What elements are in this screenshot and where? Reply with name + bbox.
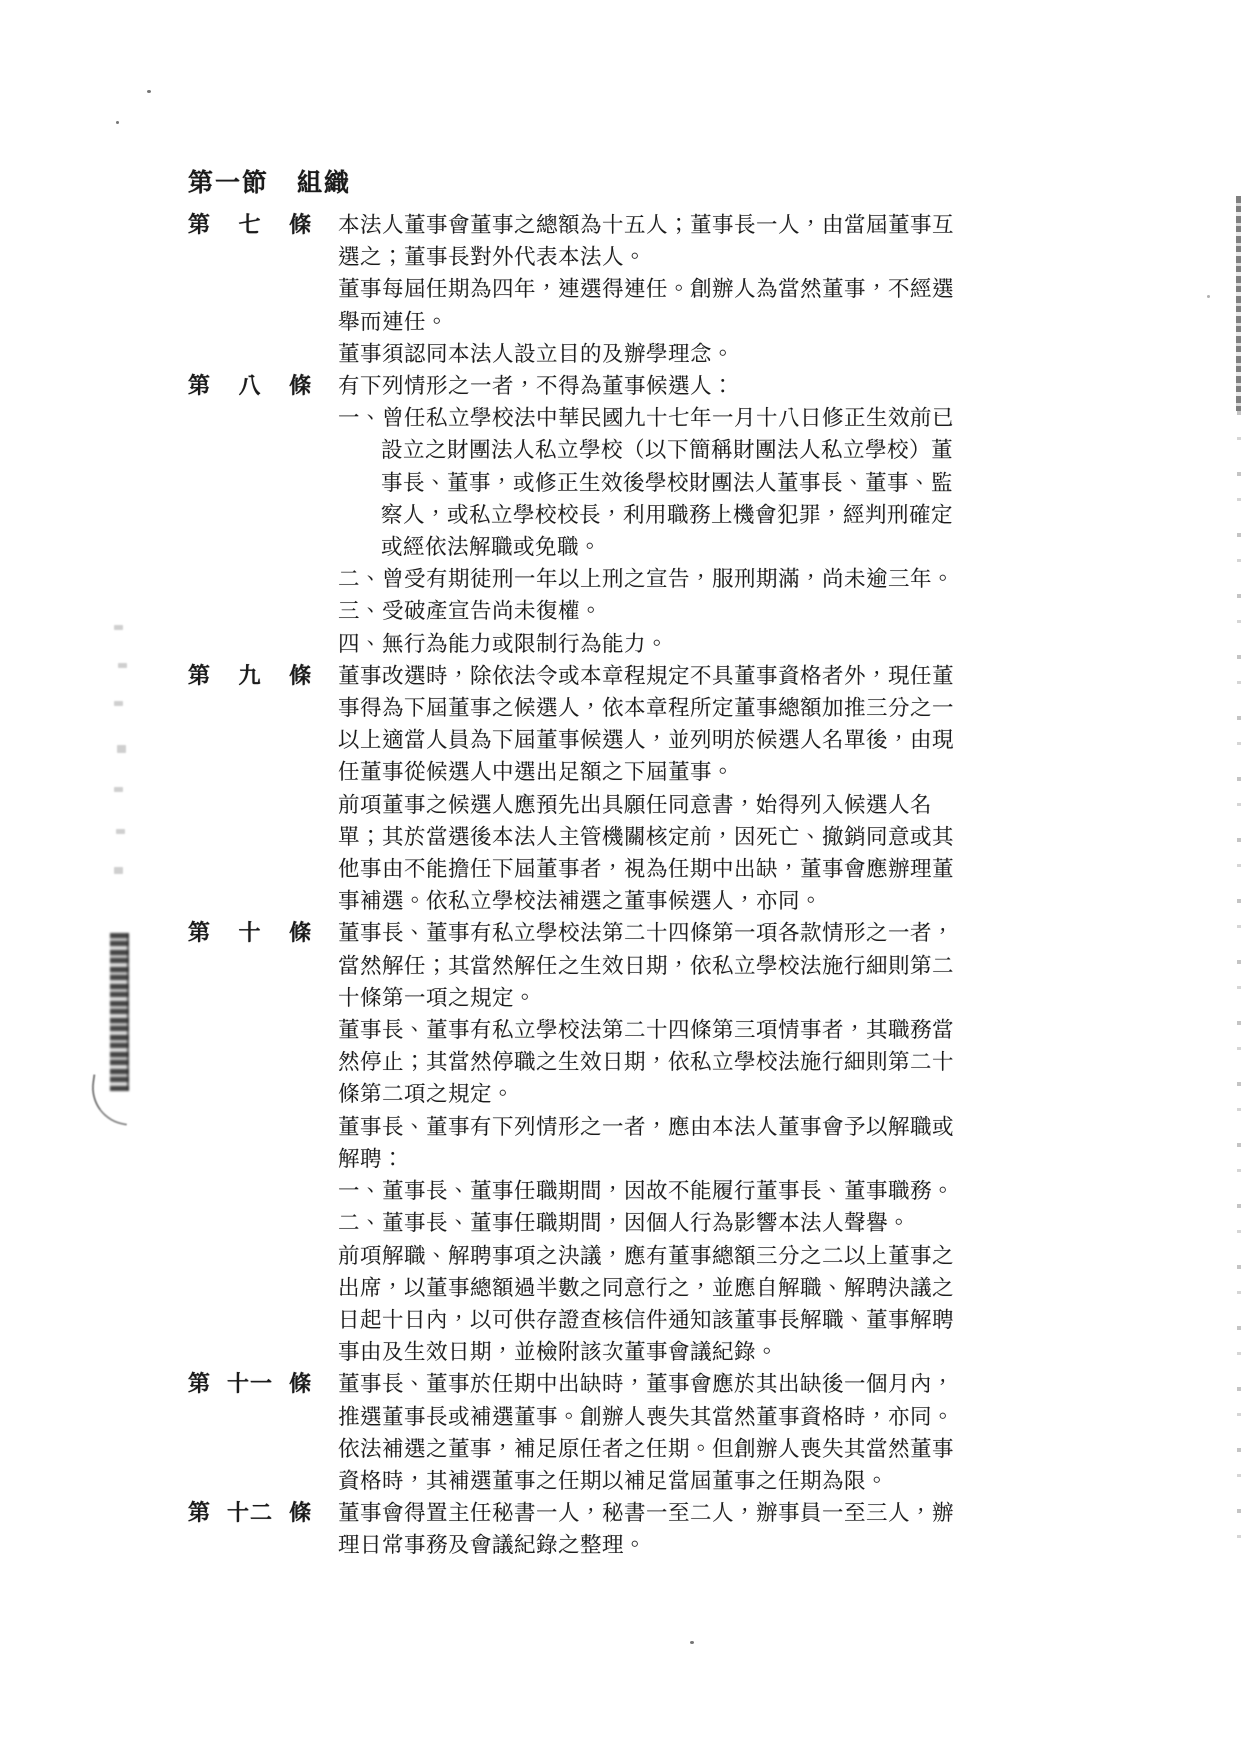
article-number-char: 第	[188, 1497, 211, 1529]
article-number-char: 十二	[227, 1497, 273, 1529]
article-text-line: 以上適當人員為下屆董事候選人，並列明於候選人名單後，由現	[338, 724, 960, 756]
article-number-char: 條	[289, 917, 312, 949]
scan-speck	[116, 121, 119, 124]
article-8: 第八條有下列情形之一者，不得為董事候選人：一、曾任私立學校法中華民國九十七年一月…	[188, 370, 968, 660]
article-text-line: 依法補選之董事，補足原任者之任期。但創辦人喪失其當然董事	[338, 1433, 960, 1465]
scan-speck	[1207, 295, 1210, 298]
article-text-line: 本法人董事會董事之總額為十五人；董事長一人，由當屆董事互	[338, 209, 960, 241]
article-text-line: 他事由不能擔任下屆董事者，視為任期中出缺，董事會應辦理董	[338, 853, 960, 885]
article-text-line: 二、曾受有期徒刑一年以上刑之宣告，服刑期滿，尚未逾三年。	[338, 563, 960, 595]
article-11: 第十一條董事長、董事於任期中出缺時，董事會應於其出缺後一個月內，推選董事長或補選…	[188, 1368, 968, 1497]
article-number-char: 第	[188, 1368, 211, 1400]
article-number-label: 第七條	[188, 209, 312, 241]
article-text: 董事長、董事有私立學校法第二十四條第一項各款情形之一者，當然解任；其當然解任之生…	[338, 917, 960, 1368]
article-text-line: 選之；董事長對外代表本法人。	[338, 241, 960, 273]
article-text-line: 理日常事務及會議紀錄之整理。	[338, 1529, 960, 1561]
article-text-line: 事長、董事，或修正生效後學校財團法人董事長、董事、監	[338, 467, 960, 499]
scanned-document-page: 第一節 組織 第七條本法人董事會董事之總額為十五人；董事長一人，由當屆董事互選之…	[0, 0, 1242, 1753]
article-number-char: 條	[289, 1497, 312, 1529]
article-number-label: 第十一條	[188, 1368, 312, 1400]
article-number-char: 條	[289, 209, 312, 241]
article-text-line: 資格時，其補選董事之任期以補足當屆董事之任期為限。	[338, 1465, 960, 1497]
article-12: 第十二條董事會得置主任秘書一人，秘書一至二人，辦事員一至三人，辦理日常事務及會議…	[188, 1497, 968, 1561]
scan-speck	[690, 1641, 694, 1644]
document-content: 第一節 組織 第七條本法人董事會董事之總額為十五人；董事長一人，由當屆董事互選之…	[188, 170, 968, 1562]
article-text-line: 推選董事長或補選董事。創辦人喪失其當然董事資格時，亦同。	[338, 1401, 960, 1433]
article-text-line: 董事長、董事於任期中出缺時，董事會應於其出缺後一個月內，	[338, 1368, 960, 1400]
article-text-line: 事由及生效日期，並檢附該次董事會議紀錄。	[338, 1336, 960, 1368]
article-text: 本法人董事會董事之總額為十五人；董事長一人，由當屆董事互選之；董事長對外代表本法…	[338, 209, 960, 370]
scan-edge-artifact-dense	[1236, 196, 1241, 411]
article-text: 董事長、董事於任期中出缺時，董事會應於其出缺後一個月內，推選董事長或補選董事。創…	[338, 1368, 960, 1497]
article-9: 第九條董事改選時，除依法令或本章程規定不具董事資格者外，現任董事得為下屆董事之候…	[188, 660, 968, 918]
illegible-stamp-strip	[110, 933, 129, 1091]
article-number-char: 十	[238, 917, 261, 949]
section-number: 第一節	[188, 170, 269, 198]
article-text-line: 解聘：	[338, 1143, 960, 1175]
article-text-line: 然停止；其當然停職之生效日期，依私立學校法施行細則第二十	[338, 1046, 960, 1078]
article-text-line: 董事會得置主任秘書一人，秘書一至二人，辦事員一至三人，辦	[338, 1497, 960, 1529]
article-text-line: 董事須認同本法人設立目的及辦學理念。	[338, 338, 960, 370]
article-7: 第七條本法人董事會董事之總額為十五人；董事長一人，由當屆董事互選之；董事長對外代…	[188, 209, 968, 370]
article-number-char: 七	[238, 209, 261, 241]
article-text-line: 一、董事長、董事任職期間，因故不能履行董事長、董事職務。	[338, 1175, 960, 1207]
margin-stamp-artifact	[104, 615, 132, 1115]
article-text-line: 設立之財團法人私立學校（以下簡稱財團法人私立學校）董	[338, 434, 960, 466]
article-text-line: 當然解任；其當然解任之生效日期，依私立學校法施行細則第二	[338, 950, 960, 982]
article-text-line: 董事長、董事有下列情形之一者，應由本法人董事會予以解職或	[338, 1111, 960, 1143]
section-title: 組織	[297, 170, 351, 198]
article-number-char: 第	[188, 370, 211, 402]
article-text-line: 日起十日內，以可供存證查核信件通知該董事長解職、董事解聘	[338, 1304, 960, 1336]
articles: 第七條本法人董事會董事之總額為十五人；董事長一人，由當屆董事互選之；董事長對外代…	[188, 209, 968, 1562]
article-text-line: 董事每屆任期為四年，連選得連任。創辦人為當然董事，不經選	[338, 273, 960, 305]
article-text-line: 舉而連任。	[338, 306, 960, 338]
article-text-line: 二、董事長、董事任職期間，因個人行為影響本法人聲譽。	[338, 1207, 960, 1239]
article-number-char: 條	[289, 370, 312, 402]
article-text-line: 事補選。依私立學校法補選之董事候選人，亦同。	[338, 885, 960, 917]
article-text-line: 前項董事之候選人應預先出具願任同意書，始得列入候選人名	[338, 789, 960, 821]
article-text-line: 或經依法解職或免職。	[338, 531, 960, 563]
article-number-char: 第	[188, 917, 211, 949]
article-text-line: 董事長、董事有私立學校法第二十四條第一項各款情形之一者，	[338, 917, 960, 949]
article-number-char: 第	[188, 660, 211, 692]
article-text: 董事會得置主任秘書一人，秘書一至二人，辦事員一至三人，辦理日常事務及會議紀錄之整…	[338, 1497, 960, 1561]
article-number-char: 條	[289, 1368, 312, 1400]
article-text-line: 條第二項之規定。	[338, 1078, 960, 1110]
article-text-line: 任董事從候選人中選出足額之下屆董事。	[338, 756, 960, 788]
article-10: 第十條董事長、董事有私立學校法第二十四條第一項各款情形之一者，當然解任；其當然解…	[188, 917, 968, 1368]
article-text: 董事改選時，除依法令或本章程規定不具董事資格者外，現任董事得為下屆董事之候選人，…	[338, 660, 960, 918]
article-number-label: 第十條	[188, 917, 312, 949]
article-text-line: 三、受破產宣告尚未復權。	[338, 595, 960, 627]
article-text-line: 單；其於當選後本法人主管機關核定前，因死亡、撤銷同意或其	[338, 821, 960, 853]
article-text-line: 董事長、董事有私立學校法第二十四條第三項情事者，其職務當	[338, 1014, 960, 1046]
article-number-label: 第十二條	[188, 1497, 312, 1529]
article-text-line: 十條第一項之規定。	[338, 982, 960, 1014]
article-text: 有下列情形之一者，不得為董事候選人：一、曾任私立學校法中華民國九十七年一月十八日…	[338, 370, 960, 660]
article-number-char: 八	[238, 370, 261, 402]
article-text-line: 有下列情形之一者，不得為董事候選人：	[338, 370, 960, 402]
stamp-hook-curve	[87, 1074, 133, 1125]
article-text-line: 前項解職、解聘事項之決議，應有董事總額三分之二以上董事之	[338, 1240, 960, 1272]
article-text-line: 一、曾任私立學校法中華民國九十七年一月十八日修正生效前已	[338, 402, 960, 434]
section-heading: 第一節 組織	[188, 170, 968, 198]
article-number-label: 第八條	[188, 370, 312, 402]
article-number-char: 十一	[227, 1368, 273, 1400]
article-text-line: 出席，以董事總額過半數之同意行之，並應自解職、解聘決議之	[338, 1272, 960, 1304]
article-number-char: 條	[289, 660, 312, 692]
article-number-char: 九	[238, 660, 261, 692]
article-number-label: 第九條	[188, 660, 312, 692]
article-number-char: 第	[188, 209, 211, 241]
article-text-line: 董事改選時，除依法令或本章程規定不具董事資格者外，現任董	[338, 660, 960, 692]
scan-edge-artifact-sparse	[1237, 411, 1241, 1561]
article-text-line: 察人，或私立學校校長，利用職務上機會犯罪，經判刑確定	[338, 499, 960, 531]
scan-speck	[147, 90, 151, 93]
article-text-line: 四、無行為能力或限制行為能力。	[338, 628, 960, 660]
article-text-line: 事得為下屆董事之候選人，依本章程所定董事總額加推三分之一	[338, 692, 960, 724]
